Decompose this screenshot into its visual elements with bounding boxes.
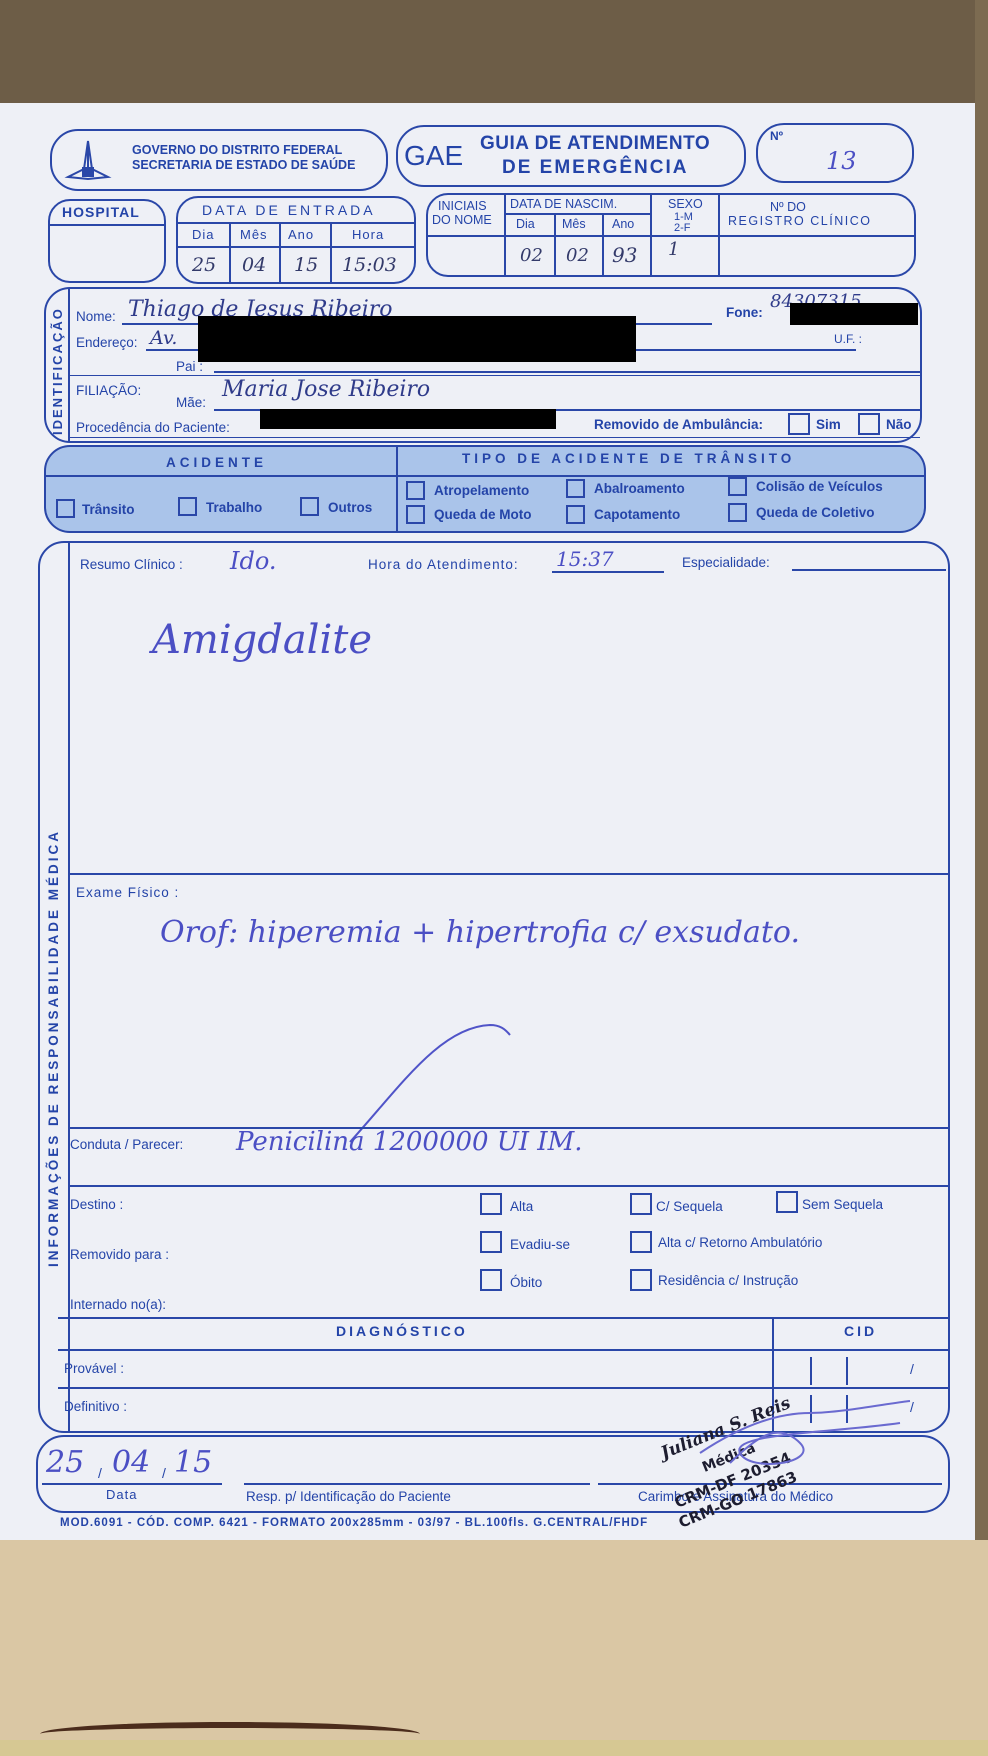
identification-section-label: IDENTIFICAÇÃO (50, 307, 65, 435)
divider (279, 222, 281, 282)
date-separator: / (98, 1465, 102, 1481)
birth-month[interactable]: 02 (566, 245, 589, 266)
traffic-queda-coletivo-checkbox[interactable] (728, 503, 747, 522)
attendance-time-label: Hora do Atendimento: (368, 557, 519, 572)
accident-transito-checkbox[interactable] (56, 499, 75, 518)
birth-col-ano: Ano (612, 217, 634, 231)
divider (68, 375, 920, 376)
physical-exam-field[interactable]: Orof: hiperemia + hipertrofia c/ exsudat… (160, 915, 800, 950)
accident-outros-label: Outros (328, 500, 372, 515)
initials-label-2: DO NOME (432, 213, 492, 227)
divider (58, 1349, 948, 1351)
destination-c-sequela-checkbox[interactable] (630, 1193, 652, 1215)
destination-sem-sequela-label: Sem Sequela (802, 1197, 883, 1212)
signature-scribble-icon (690, 1393, 920, 1473)
hospital-field[interactable] (54, 229, 160, 275)
cid-separator (810, 1357, 812, 1385)
traffic-capotamento-label: Capotamento (594, 507, 680, 522)
divider (68, 437, 920, 438)
background-right (975, 0, 988, 1756)
divider (554, 213, 556, 275)
accident-trabalho-label: Trabalho (206, 500, 262, 515)
col-ano: Ano (288, 227, 314, 242)
divider (504, 213, 650, 215)
initials-field[interactable] (432, 239, 500, 271)
time-line (552, 571, 664, 573)
birth-day[interactable]: 02 (520, 245, 543, 266)
destination-sem-sequela-checkbox[interactable] (776, 1191, 798, 1213)
hospital-label: HOSPITAL (62, 204, 140, 220)
entry-day[interactable]: 25 (192, 254, 216, 276)
clinical-summary-field[interactable]: Amigdalite (152, 617, 372, 663)
divider (50, 224, 164, 226)
form-title-line-2: DE EMERGÊNCIA (502, 157, 688, 179)
name-label: Nome: (76, 309, 116, 324)
divider (68, 289, 70, 441)
father-line (214, 371, 920, 373)
mother-field[interactable]: Maria Jose Ribeiro (222, 377, 430, 402)
sex-value[interactable]: 1 (668, 239, 679, 260)
destination-residencia-checkbox[interactable] (630, 1269, 652, 1291)
ambulance-label: Removido de Ambulância: (594, 417, 763, 432)
date-label: Data (106, 1487, 137, 1502)
divider (68, 1185, 948, 1187)
removed-to-label: Removido para : (70, 1247, 169, 1262)
hospital-box: HOSPITAL (48, 199, 166, 283)
clinical-summary-label: Resumo Clínico : (80, 557, 183, 572)
traffic-queda-moto-checkbox[interactable] (406, 505, 425, 524)
record-label-2: REGISTRO CLÍNICO (728, 214, 871, 228)
patient-id-responsible-label: Resp. p/ Identificação do Paciente (246, 1489, 451, 1504)
accident-trabalho-checkbox[interactable] (178, 497, 197, 516)
uf-label: U.F. : (834, 332, 862, 346)
mother-label: Mãe: (176, 395, 206, 410)
physical-exam-label: Exame Físico : (76, 885, 179, 900)
destination-obito-label: Óbito (510, 1275, 542, 1290)
birth-col-mes: Mês (562, 217, 586, 231)
cid-separator (846, 1357, 848, 1385)
government-line-1: GOVERNO DO DISTRITO FEDERAL (132, 143, 342, 157)
traffic-colisao-checkbox[interactable] (728, 477, 747, 496)
government-line-2: SECRETARIA DE ESTADO DE SAÚDE (132, 158, 355, 172)
brasilia-cathedral-logo-icon (64, 139, 112, 185)
col-hora: Hora (352, 227, 384, 242)
accident-section: ACIDENTE TIPO DE ACIDENTE DE TRÂNSITO Tr… (44, 445, 926, 533)
background-top (0, 0, 988, 105)
entry-time[interactable]: 15:03 (342, 254, 397, 276)
cid-slash: / (910, 1361, 914, 1377)
father-field[interactable] (218, 355, 908, 371)
record-field[interactable] (724, 239, 910, 271)
government-header: GOVERNO DO DISTRITO FEDERAL SECRETARIA D… (50, 129, 388, 191)
divider (330, 222, 332, 282)
traffic-abalroamento-checkbox[interactable] (566, 479, 585, 498)
identification-section: IDENTIFICAÇÃO Nome: Thiago de Jesus Ribe… (44, 287, 922, 443)
redaction-phone (790, 303, 918, 325)
divider (602, 213, 604, 275)
initials-label-1: INICIAIS (438, 199, 487, 213)
form-number-value[interactable]: 13 (826, 147, 857, 175)
ambulance-yes-label: Sim (816, 417, 841, 432)
medical-section-label: INFORMAÇÕES DE RESPONSABILIDADE MÉDICA (46, 829, 61, 1267)
destination-c-sequela-label: C/ Sequela (656, 1199, 723, 1214)
birth-date-label: DATA DE NASCIM. (510, 197, 617, 211)
medical-section: INFORMAÇÕES DE RESPONSABILIDADE MÉDICA R… (38, 541, 950, 1433)
emergency-form: GOVERNO DO DISTRITO FEDERAL SECRETARIA D… (0, 103, 975, 1540)
ambulance-yes-checkbox[interactable] (788, 413, 810, 435)
ambulance-no-label: Não (886, 417, 912, 432)
destination-residencia-label: Residência c/ Instrução (658, 1273, 798, 1288)
entry-date-label: DATA DE ENTRADA (202, 202, 376, 218)
divider (178, 246, 414, 248)
traffic-atropelamento-checkbox[interactable] (406, 481, 425, 500)
specialty-label: Especialidade: (682, 555, 770, 570)
destination-evadiu-checkbox[interactable] (480, 1231, 502, 1253)
entry-year[interactable]: 15 (294, 254, 318, 276)
divider (178, 222, 414, 224)
footer-date-year[interactable]: 15 (174, 1445, 212, 1480)
clinical-summary-code[interactable]: Ido. (230, 547, 277, 575)
traffic-abalroamento-label: Abalroamento (594, 481, 685, 496)
traffic-atropelamento-label: Atropelamento (434, 483, 529, 498)
destination-evadiu-label: Evadiu-se (510, 1237, 570, 1252)
cid-header: CID (844, 1323, 877, 1339)
probable-diagnosis-field[interactable] (150, 1355, 766, 1383)
ambulance-no-checkbox[interactable] (858, 413, 880, 435)
destination-alta-label: Alta (510, 1199, 533, 1214)
date-separator: / (162, 1465, 166, 1481)
resp-line (244, 1483, 590, 1485)
father-label: Pai : (176, 359, 203, 374)
conduct-field[interactable]: Penicilina 1200000 UI IM. (236, 1127, 582, 1157)
conduct-label: Conduta / Parecer: (70, 1137, 183, 1152)
footer-date-month[interactable]: 04 (112, 1445, 150, 1480)
gae-acronym: GAE (404, 140, 463, 172)
form-code: MOD.6091 - CÓD. COMP. 6421 - FORMATO 200… (60, 1517, 648, 1529)
sex-label: SEXO (668, 197, 703, 211)
sex-option-2: 2-F (674, 222, 691, 234)
accident-outros-checkbox[interactable] (300, 497, 319, 516)
divider (58, 1387, 948, 1389)
entry-month[interactable]: 04 (242, 254, 266, 276)
form-number-box: Nº 13 (756, 123, 914, 183)
divider (718, 195, 720, 275)
probable-diagnosis-label: Provável : (64, 1361, 124, 1376)
form-title-line-1: GUIA DE ATENDIMENTO (480, 133, 710, 155)
traffic-colisao-label: Colisão de Veículos (756, 479, 883, 494)
entry-date-box: DATA DE ENTRADA Dia Mês Ano Hora 25 04 1… (176, 196, 416, 284)
destination-alta-checkbox[interactable] (480, 1193, 502, 1215)
destination-alta-retorno-label: Alta c/ Retorno Ambulatório (658, 1235, 822, 1250)
background-strip (0, 1740, 988, 1756)
col-mes: Mês (240, 227, 268, 242)
birth-col-dia: Dia (516, 217, 535, 231)
traffic-queda-coletivo-label: Queda de Coletivo (756, 505, 875, 520)
date-line (42, 1483, 222, 1485)
footer-date-day[interactable]: 25 (46, 1445, 84, 1480)
traffic-capotamento-checkbox[interactable] (566, 505, 585, 524)
divider (428, 235, 914, 237)
address-label: Endereço: (76, 335, 138, 350)
filiation-label: FILIAÇÃO: (76, 383, 141, 398)
specialty-line (792, 569, 946, 571)
traffic-type-label: TIPO DE ACIDENTE DE TRÂNSITO (462, 451, 795, 466)
form-title-box: GAE GUIA DE ATENDIMENTO DE EMERGÊNCIA (396, 125, 746, 187)
destination-alta-retorno-checkbox[interactable] (630, 1231, 652, 1253)
accident-label: ACIDENTE (166, 455, 267, 470)
attendance-time-value[interactable]: 15:37 (556, 547, 614, 571)
address-field[interactable]: Av. (150, 327, 177, 349)
hospitalized-in-label: Internado no(a): (70, 1297, 166, 1312)
divider (229, 222, 231, 282)
destination-label: Destino : (70, 1197, 123, 1212)
divider (650, 195, 652, 275)
definitive-diagnosis-label: Definitivo : (64, 1399, 127, 1414)
redaction-origin (260, 409, 556, 429)
divider (58, 1317, 948, 1319)
col-dia: Dia (192, 227, 215, 242)
divider (46, 475, 924, 477)
form-number-label: Nº (770, 129, 783, 143)
definitive-diagnosis-field[interactable] (160, 1393, 766, 1421)
destination-obito-checkbox[interactable] (480, 1269, 502, 1291)
patient-codes-box: INICIAIS DO NOME DATA DE NASCIM. Dia Mês… (426, 193, 916, 277)
accident-transito-label: Trânsito (82, 502, 135, 517)
divider (396, 447, 398, 531)
origin-label: Procedência do Paciente: (76, 420, 230, 435)
traffic-queda-moto-label: Queda de Moto (434, 507, 532, 522)
birth-year[interactable]: 93 (612, 243, 637, 267)
record-label-1: Nº DO (770, 200, 806, 214)
diagnosis-header: DIAGNÓSTICO (336, 1323, 468, 1339)
phone-label: Fone: (726, 305, 763, 320)
divider (68, 873, 948, 875)
